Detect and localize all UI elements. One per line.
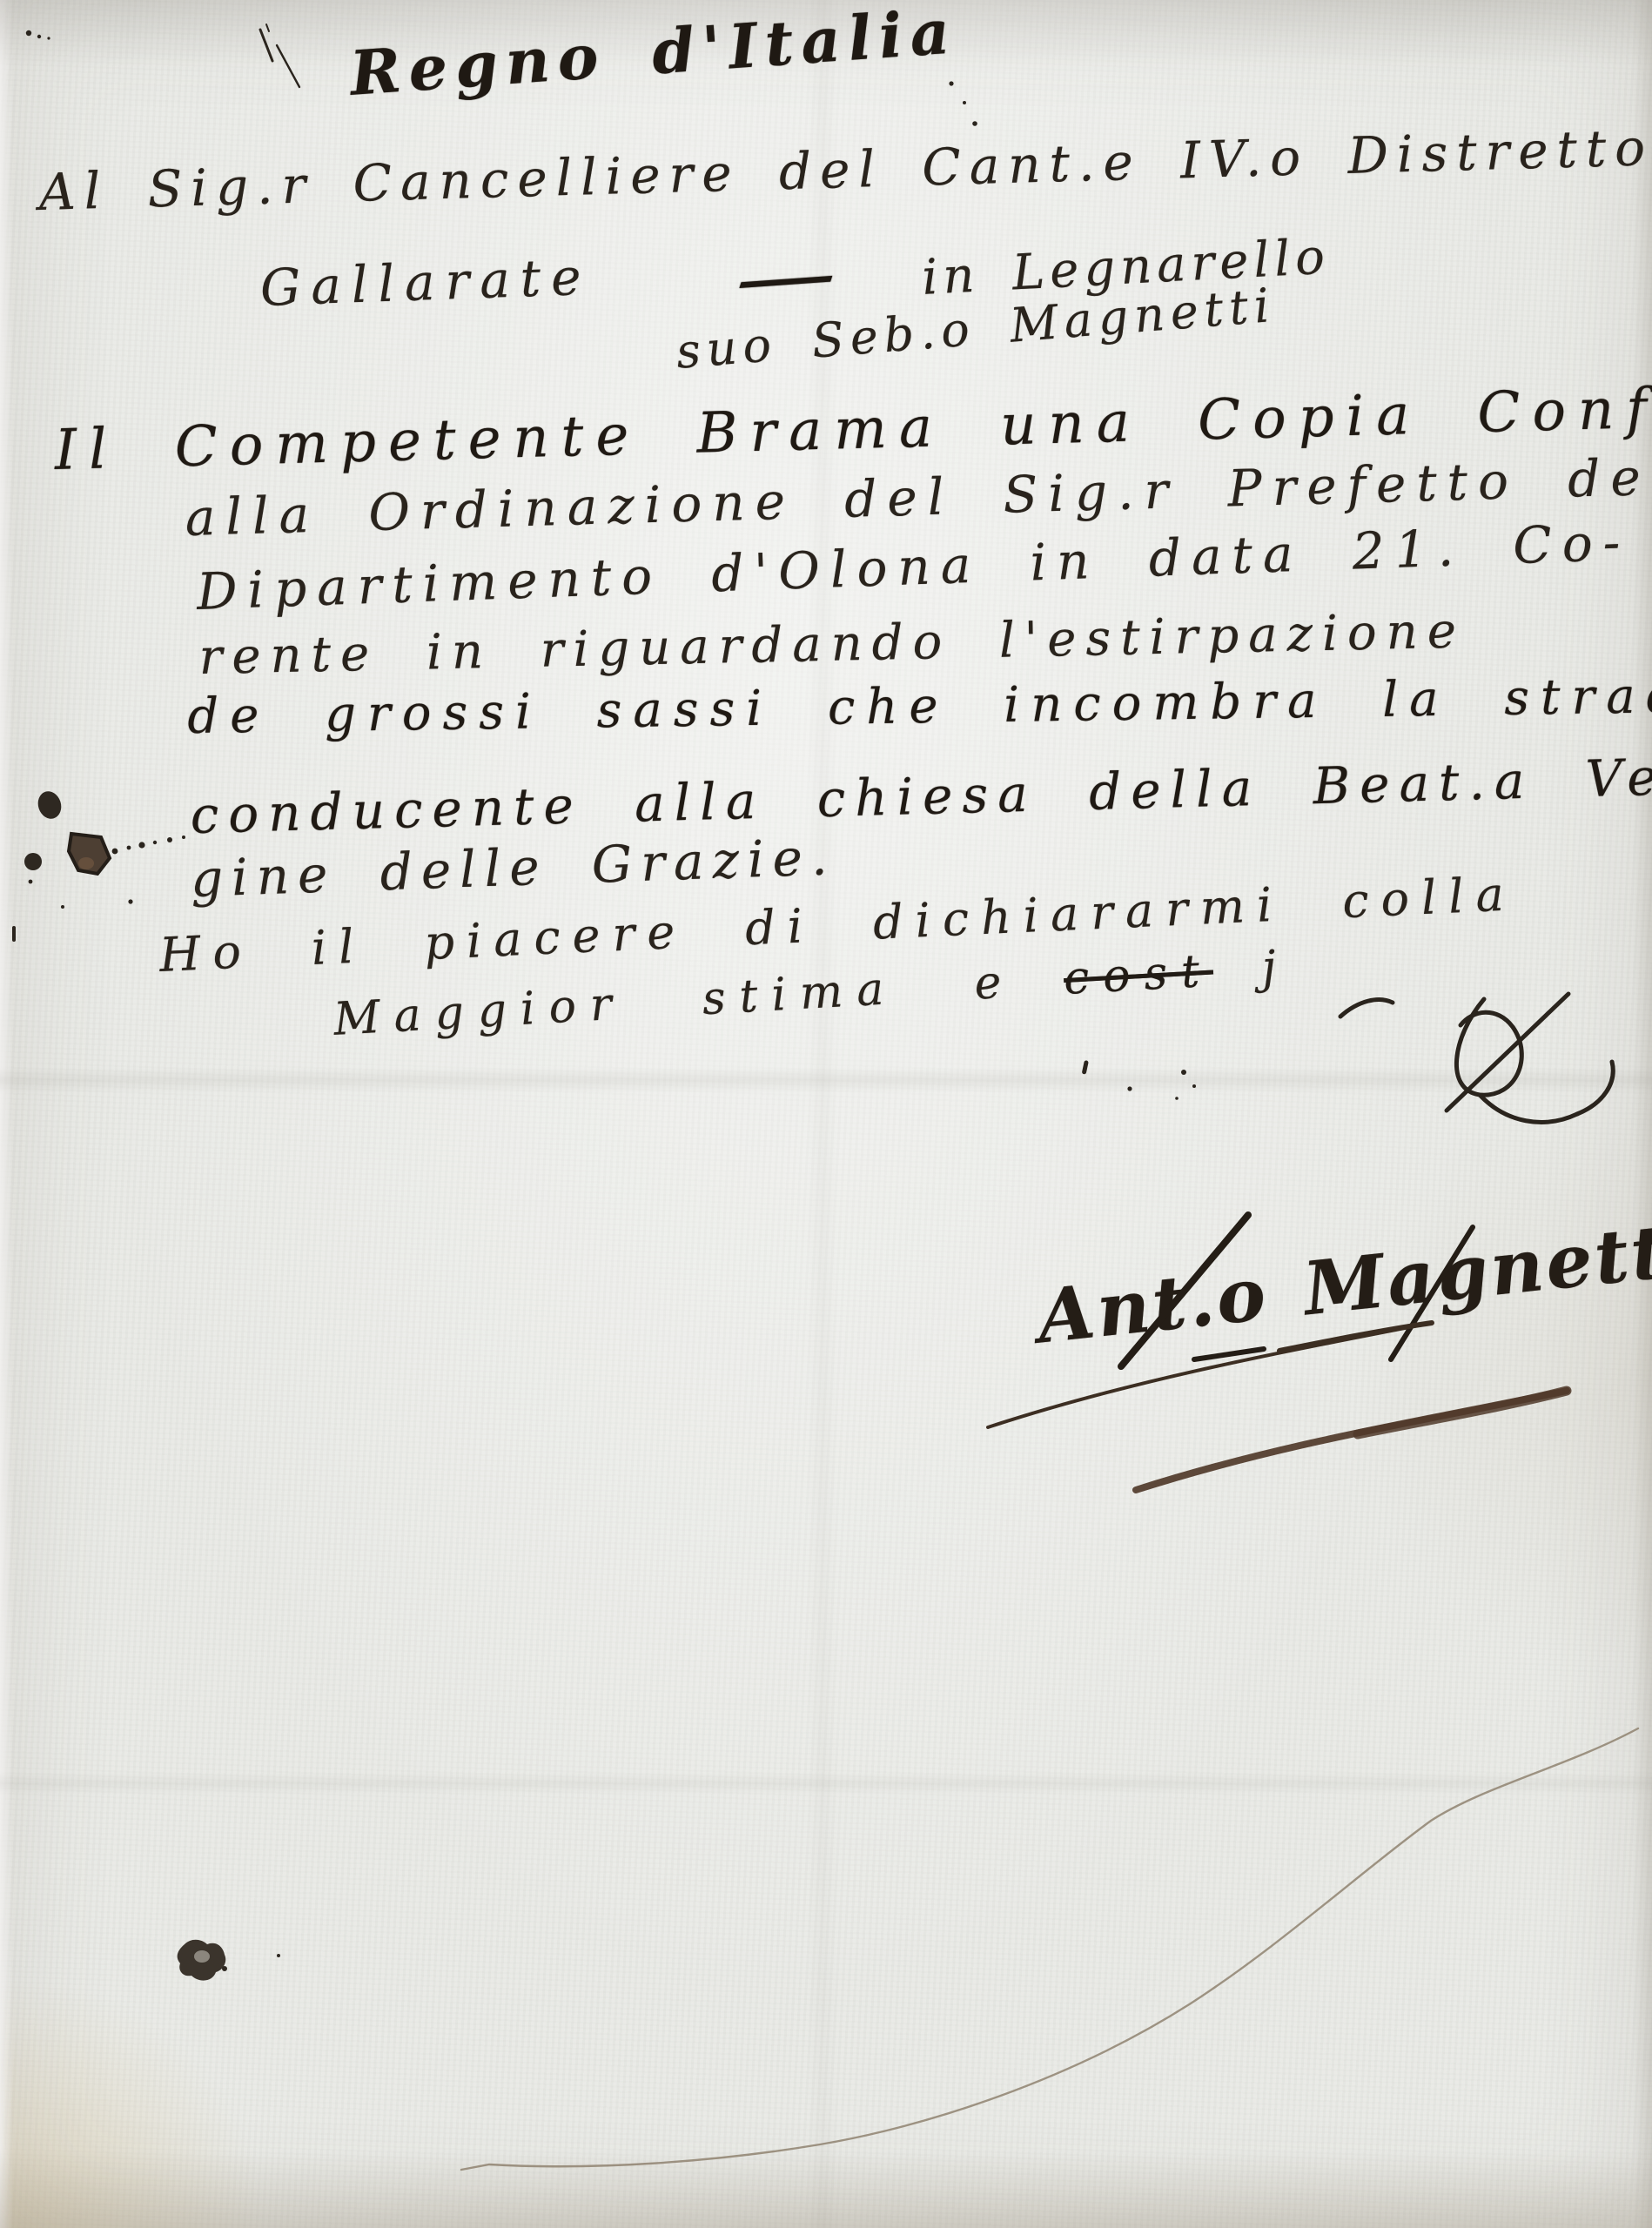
pen-scratch-top-left <box>26 24 299 87</box>
body-line-6: conducente alla chiesa della Beat.a Ver- <box>190 750 1652 841</box>
closing-line-2-post: j <box>1260 941 1291 995</box>
ink-spatter-left-margin <box>12 789 185 942</box>
body-line-5: de grossi sassi che incombra la strada <box>187 671 1652 742</box>
signature: Ant.o Magnetti <box>1034 1211 1652 1353</box>
paper-crease-bottom-right <box>461 1728 1638 2170</box>
header-line-address: Al Sig.r Cancelliere del Cant.e IV.o Dis… <box>38 119 1652 218</box>
horizontal-fold-shadow <box>0 1772 1652 1795</box>
ink-spatter-top-right <box>949 81 977 125</box>
ink-blot-lower-left <box>178 1940 280 1981</box>
separator-dash: — <box>733 251 838 306</box>
header-place-left: Gallarate <box>259 252 592 313</box>
body-line-4: rente in riguardando l'estirpazione <box>198 607 1466 682</box>
ink-droplets-below-closing <box>1082 1060 1196 1100</box>
horizontal-fold-shadow <box>0 1067 1652 1093</box>
closing-line-2-struck-word: cost <box>1062 945 1214 1006</box>
manuscript-page: Regno d'Italia Al Sig.r Cancelliere del … <box>0 0 1652 2228</box>
paraph-flourish <box>1340 994 1613 1122</box>
header-line-regno: Regno d'Italia <box>348 1 959 104</box>
